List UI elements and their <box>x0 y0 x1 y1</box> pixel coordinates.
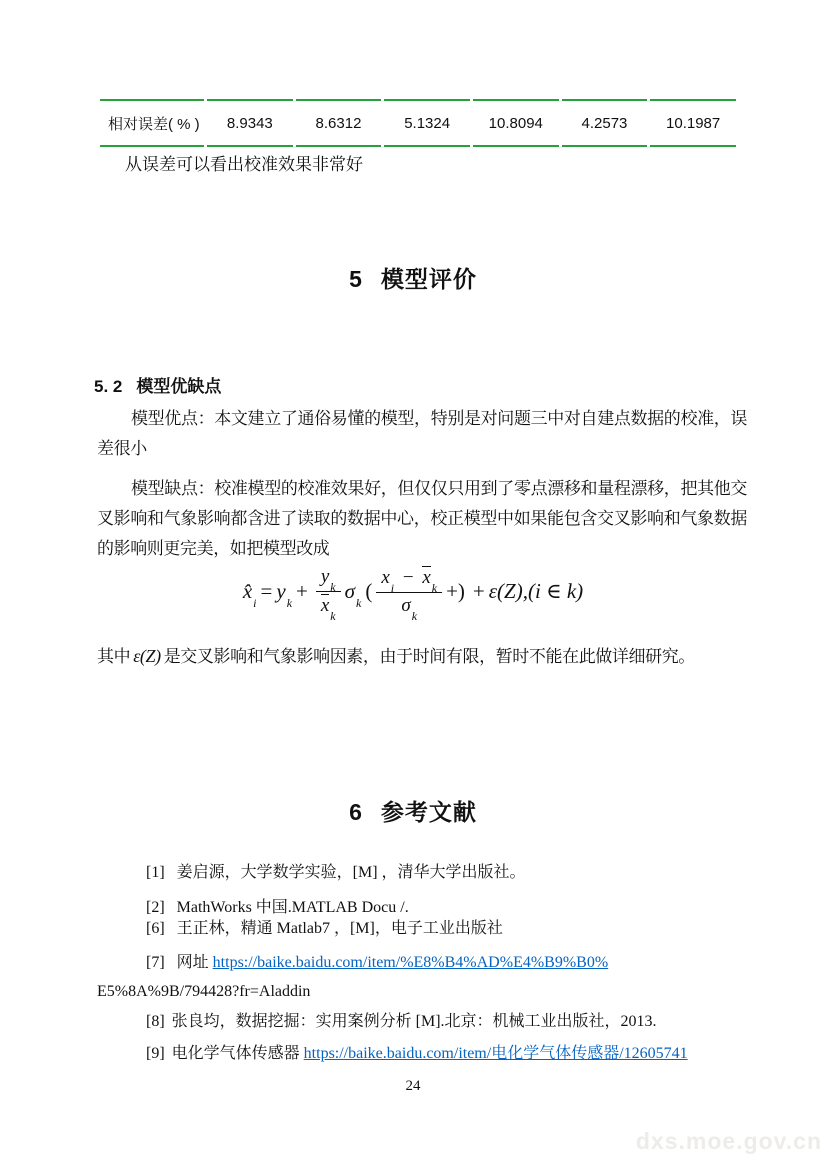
subsection-title: 模型优缺点 <box>136 377 221 396</box>
math-plus: + <box>292 579 312 604</box>
epsilon-suffix: 是交叉影响和气象影响因素，由于时间有限，暂时不能在此做详细研究。 <box>164 647 695 666</box>
reference-text: 张良均，数据挖掘：实用案例分析 [M].北京：机械工业出版社，2013. <box>172 1013 657 1030</box>
reference-item: [8]张良均，数据挖掘：实用案例分析 [M].北京：机械工业出版社，2013. <box>146 1011 766 1032</box>
reference-id: [2] <box>146 897 165 918</box>
section-number: 5 <box>349 266 363 292</box>
section-number: 6 <box>349 799 363 825</box>
math-xhat-i: x̂i <box>243 579 257 604</box>
page-number: 24 <box>0 1078 826 1095</box>
section-5-heading: 5模型评价 <box>0 261 826 294</box>
math-fraction-yk-over-xbark: yk xk <box>316 566 341 617</box>
reference-id: [6] <box>146 918 165 939</box>
error-value-cell: 5.1324 <box>384 99 470 147</box>
reference-id: [9] <box>146 1043 165 1064</box>
reference-item: [6]王正林，精通 Matlab7 ，[M]，电子工业出版社 <box>146 918 766 939</box>
reference-url-continuation: E5%8A%9B/794428?fr=Aladdin <box>97 981 766 1002</box>
math-plus: + <box>469 579 489 604</box>
reference-item: [9]电化学气体传感器 https://baike.baidu.com/item… <box>146 1043 766 1064</box>
paragraph-model-advantages: 模型优点：本文建立了通俗易懂的模型，特别是对问题三中对自建点数据的校准，误差很小 <box>97 404 747 464</box>
error-value-cell: 10.1987 <box>650 99 736 147</box>
error-value-cell: 8.9343 <box>207 99 293 147</box>
section-6-heading: 6参考文献 <box>0 794 826 827</box>
math-plus-rparen: +) <box>446 579 469 604</box>
baike-sensor-url-link[interactable]: https://baike.baidu.com/item/电化学气体传感器/12… <box>304 1045 688 1062</box>
reference-text: MathWorks 中国.MATLAB Docu /. <box>177 899 409 916</box>
epsilon-symbol: ε(Z) <box>130 646 164 666</box>
math-equals: = <box>257 579 277 604</box>
watermark-text: dxs.moe.gov.cn <box>636 1128 822 1155</box>
paragraph-model-disadvantages: 模型缺点：校准模型的校准效果好，但仅仅只用到了零点漂移和量程漂移，把其他交叉影响… <box>97 474 747 564</box>
note-line: 从误差可以看出校准效果非常好 <box>97 151 773 179</box>
error-value-cell: 4.2573 <box>562 99 648 147</box>
subsection-number: 5. 2 <box>94 377 122 396</box>
subsection-5-2-heading: 5. 2模型优缺点 <box>94 372 221 397</box>
math-sigma-k: σk <box>345 579 362 604</box>
reference-id: [8] <box>146 1011 165 1032</box>
relative-error-table: 相对误差( % ) 8.9343 8.6312 5.1324 10.8094 4… <box>97 99 739 147</box>
reference-item: [7]网址 https://baike.baidu.com/item/%E8%B… <box>146 952 766 973</box>
math-epsilon-term: ε(Z),(i ∈ k) <box>489 579 583 604</box>
table-row: 相对误差( % ) 8.9343 8.6312 5.1324 10.8094 4… <box>100 99 736 147</box>
reference-text: 电化学气体传感器 <box>172 1045 304 1062</box>
calibration-formula: x̂i = yk + yk xk σk ( xi − xk σk +) + ε(… <box>0 566 826 617</box>
epsilon-explanation: 其中ε(Z)是交叉影响和气象影响因素，由于时间有限，暂时不能在此做详细研究。 <box>97 641 747 672</box>
document-page: 相对误差( % ) 8.9343 8.6312 5.1324 10.8094 4… <box>0 0 826 1169</box>
epsilon-prefix: 其中 <box>97 647 130 666</box>
references-list: [1]姜启源，大学数学实验，[M] ，清华大学出版社。 [2]MathWorks… <box>146 862 766 1064</box>
math-y-k: yk <box>276 579 292 604</box>
baike-url-link[interactable]: https://baike.baidu.com/item/%E8%B4%AD%E… <box>213 954 609 971</box>
reference-id: [7] <box>146 952 165 973</box>
row-header-relative-error: 相对误差( % ) <box>100 99 204 147</box>
reference-item: [2]MathWorks 中国.MATLAB Docu /. <box>146 897 766 918</box>
section-title: 模型评价 <box>381 266 477 292</box>
section-title: 参考文献 <box>381 799 477 825</box>
reference-id: [1] <box>146 862 165 883</box>
reference-text: 网址 <box>177 954 213 971</box>
reference-text: 王正林，精通 Matlab7 ，[M]，电子工业出版社 <box>177 920 503 937</box>
error-value-cell: 8.6312 <box>296 99 382 147</box>
reference-item: [1]姜启源，大学数学实验，[M] ，清华大学出版社。 <box>146 862 766 883</box>
error-value-cell: 10.8094 <box>473 99 559 147</box>
math-fraction-standardize: xi − xk σk <box>376 566 442 617</box>
math-lparen: ( <box>361 579 372 604</box>
reference-text: 姜启源，大学数学实验，[M] ，清华大学出版社。 <box>177 864 526 881</box>
